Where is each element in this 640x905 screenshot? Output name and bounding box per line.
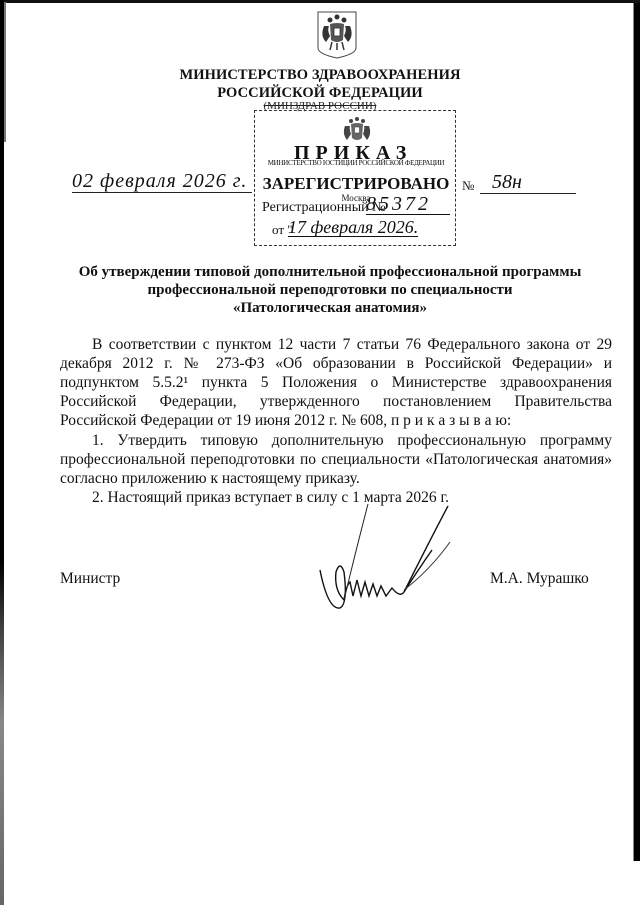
order-number-handwritten: 58н (480, 171, 576, 194)
scan-edge-right-line (633, 3, 634, 861)
order-date-handwritten: 02 февраля 2026 г. (72, 170, 252, 193)
ministry-name-line-1: МИНИСТЕРСТВО ЗДРАВООХРАНЕНИЯ (0, 66, 640, 84)
order-number-label: № (462, 178, 474, 194)
document-title-line-2: профессиональной переподготовки по специ… (60, 281, 600, 299)
signer-position: Министр (60, 570, 120, 588)
stamp-registrar: МИНИСТЕРСТВО ЮСТИЦИИ РОССИЙСКОЙ ФЕДЕРАЦИ… (256, 159, 456, 167)
stamp-status: ЗАРЕГИСТРИРОВАНО (256, 174, 456, 194)
handwritten-signature-icon (300, 500, 470, 620)
stamp-reg-number: 85372 (366, 194, 450, 215)
signer-name: М.А. Мурашко (490, 570, 589, 588)
document-title-line-3: «Патологическая анатомия» (60, 299, 600, 317)
scan-edge-right (634, 3, 640, 861)
stamp-date-value: 17 февраля 2026. (288, 218, 418, 237)
body-paragraph-preamble: В соответствии с пунктом 12 части 7 стат… (60, 335, 612, 430)
body-paragraph-item-1: 1. Утвердить типовую дополнительную проф… (60, 431, 612, 488)
scan-edge-top (0, 0, 640, 3)
document-title-line-1: Об утверждении типовой дополнительной пр… (60, 263, 600, 281)
russian-coat-of-arms-icon (316, 10, 358, 60)
